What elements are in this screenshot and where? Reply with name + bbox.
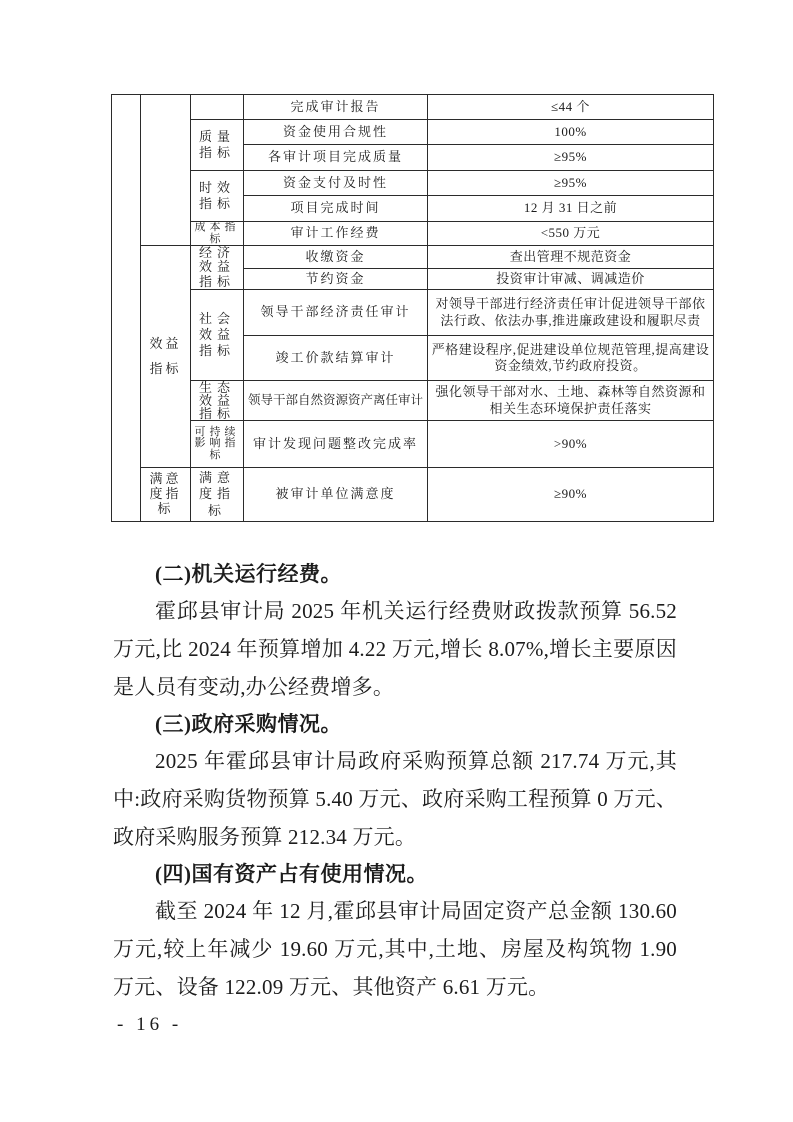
document-page: 完成审计报告 ≤44 个 质量指标 资金使用合规性 100% 各审计项目完成质量…: [0, 0, 793, 1122]
table-cell-value: 100%: [428, 120, 714, 145]
table-cell-indicator: 各审计项目完成质量: [244, 145, 428, 171]
table-row: 成本指标 审计工作经费 <550 万元: [112, 222, 714, 246]
performance-indicator-table: 完成审计报告 ≤44 个 质量指标 资金使用合规性 100% 各审计项目完成质量…: [111, 94, 714, 522]
table-cell-group-satisfaction: 满意度指标: [141, 468, 191, 522]
table-cell-value: <550 万元: [428, 222, 714, 246]
table-cell-subgroup-sustainable: 可持续影响指标: [191, 421, 244, 468]
body-text: (二)机关运行经费。 霍邱县审计局 2025 年机关运行经费财政拨款预算 56.…: [113, 556, 677, 1006]
table-cell-empty-subgroup: [191, 95, 244, 120]
table-cell-indicator: 被审计单位满意度: [244, 468, 428, 522]
table-row: 完成审计报告 ≤44 个: [112, 95, 714, 120]
table-cell-subgroup-cost: 成本指标: [191, 222, 244, 246]
table-cell-indicator: 节约资金: [244, 269, 428, 290]
table-cell-empty-group: [112, 95, 141, 522]
table-cell-subgroup-social: 社会效益指标: [191, 290, 244, 381]
table-cell-empty-category: [141, 95, 191, 246]
table-cell-indicator: 资金使用合规性: [244, 120, 428, 145]
table-cell-indicator: 完成审计报告: [244, 95, 428, 120]
table-cell-subgroup-satisfaction: 满意度指标: [191, 468, 244, 522]
table-cell-value: 强化领导干部对水、土地、森林等自然资源和相关生态环境保护责任落实: [428, 381, 714, 421]
section-heading-government-procurement: (三)政府采购情况。: [113, 706, 677, 742]
section-heading-agency-operating-expenses: (二)机关运行经费。: [113, 556, 677, 592]
table-cell-indicator: 竣工价款结算审计: [244, 336, 428, 381]
table-cell-value: ≥95%: [428, 145, 714, 171]
table-cell-subgroup-ecological: 生态效益指标: [191, 381, 244, 421]
table-row: 效益指标 经济效益指标 收缴资金 查出管理不规范资金: [112, 246, 714, 269]
table-cell-value: 投资审计审减、调减造价: [428, 269, 714, 290]
page-number: - 16 -: [117, 1014, 182, 1036]
table-cell-indicator: 领导干部经济责任审计: [244, 290, 428, 336]
table-row: 时效指标 资金支付及时性 ≥95%: [112, 171, 714, 196]
table-cell-indicator: 审计工作经费: [244, 222, 428, 246]
table-cell-value: ≥90%: [428, 468, 714, 522]
table-cell-indicator: 领导干部自然资源资产离任审计: [244, 381, 428, 421]
table-row: 可持续影响指标 审计发现问题整改完成率 >90%: [112, 421, 714, 468]
table-cell-value: 对领导干部进行经济责任审计促进领导干部依法行政、依法办事,推进廉政建设和履职尽责: [428, 290, 714, 336]
table-cell-value: 12 月 31 日之前: [428, 196, 714, 222]
table-cell-subgroup-economic: 经济效益指标: [191, 246, 244, 290]
table-cell-value: 查出管理不规范资金: [428, 246, 714, 269]
table-cell-group-benefit: 效益指标: [141, 246, 191, 468]
table-row: 满意度指标 满意度指标 被审计单位满意度 ≥90%: [112, 468, 714, 522]
table-cell-indicator: 审计发现问题整改完成率: [244, 421, 428, 468]
table-cell-subgroup-timeliness: 时效指标: [191, 171, 244, 222]
table-row: 生态效益指标 领导干部自然资源资产离任审计 强化领导干部对水、土地、森林等自然资…: [112, 381, 714, 421]
table-row: 社会效益指标 领导干部经济责任审计 对领导干部进行经济责任审计促进领导干部依法行…: [112, 290, 714, 336]
table-cell-value: ≤44 个: [428, 95, 714, 120]
table-cell-indicator: 项目完成时间: [244, 196, 428, 222]
table-cell-value: >90%: [428, 421, 714, 468]
table-cell-value: ≥95%: [428, 171, 714, 196]
section-paragraph-state-owned-assets: 截至 2024 年 12 月,霍邱县审计局固定资产总金额 130.60 万元,较…: [113, 892, 677, 1006]
table-cell-indicator: 资金支付及时性: [244, 171, 428, 196]
section-paragraph-government-procurement: 2025 年霍邱县审计局政府采购预算总额 217.74 万元,其中:政府采购货物…: [113, 742, 677, 856]
section-heading-state-owned-assets: (四)国有资产占有使用情况。: [113, 856, 677, 892]
table-cell-subgroup-quality: 质量指标: [191, 120, 244, 171]
section-paragraph-agency-operating-expenses: 霍邱县审计局 2025 年机关运行经费财政拨款预算 56.52 万元,比 202…: [113, 592, 677, 706]
table-cell-indicator: 收缴资金: [244, 246, 428, 269]
table-row: 质量指标 资金使用合规性 100%: [112, 120, 714, 145]
table-cell-value: 严格建设程序,促进建设单位规范管理,提高建设资金绩效,节约政府投资。: [428, 336, 714, 381]
